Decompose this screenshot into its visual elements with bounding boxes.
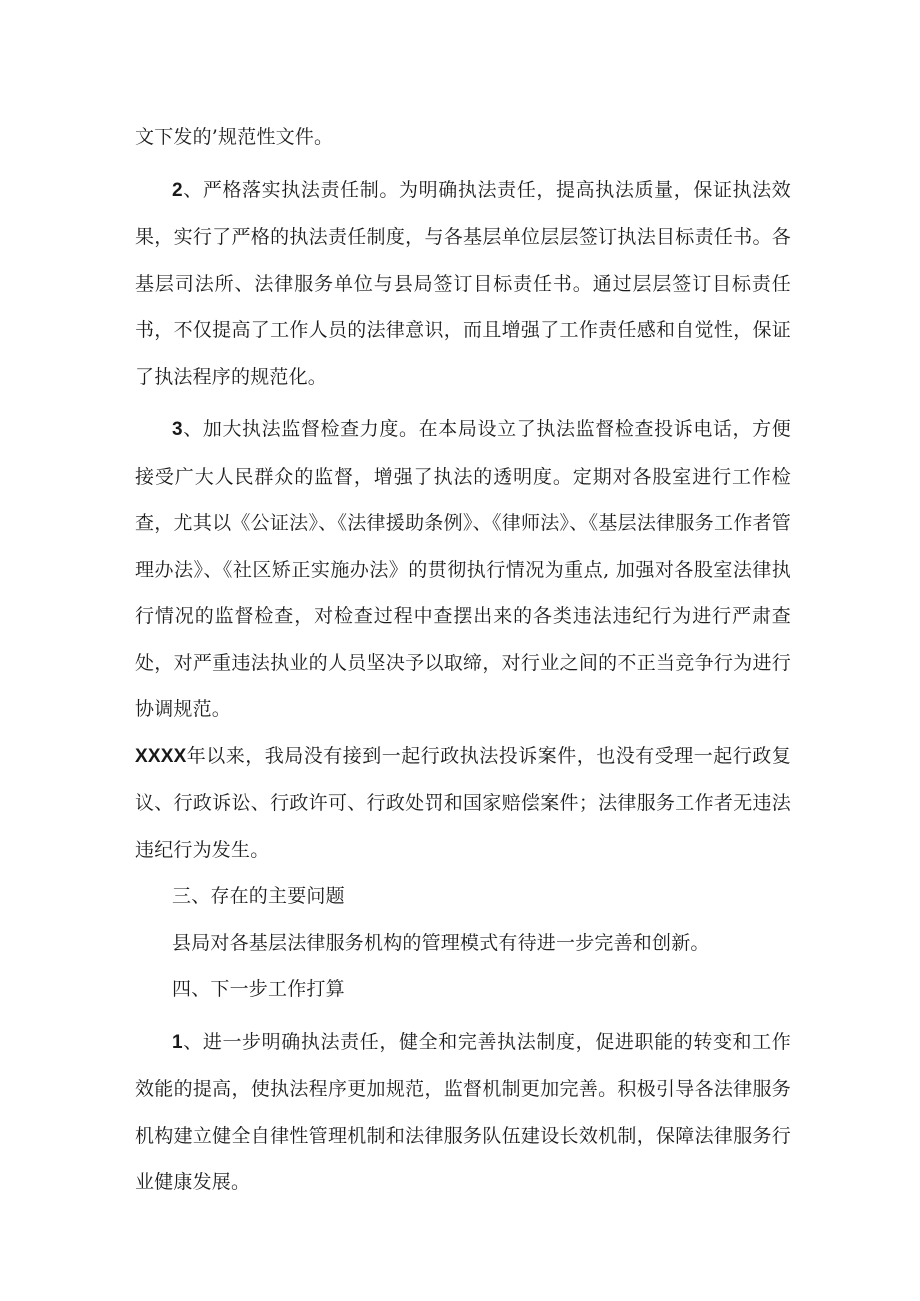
paragraph-continuation: 文下发的’规范性文件。: [135, 114, 791, 161]
section-heading-3: 三、存在的主要问题: [135, 873, 791, 920]
paragraph-item-2: 2、严格落实执法责任制。为明确执法责任，提高执法质量，保证执法效果，实行了严格的…: [135, 167, 791, 401]
item-number: 2: [172, 180, 183, 201]
year-placeholder: XXXX: [135, 746, 187, 767]
paragraph-text: 、严格落实执法责任制。为明确执法责任，提高执法质量，保证执法效果，实行了严格的执…: [135, 179, 791, 388]
item-number: 1: [172, 1032, 183, 1053]
paragraph-text: 县局对各基层法律服务机构的管理模式有待进一步完善和创新。: [172, 932, 710, 954]
document-page: 文下发的’规范性文件。 2、严格落实执法责任制。为明确执法责任，提高执法质量，保…: [135, 114, 791, 1206]
paragraph-text: 文下发的’规范性文件。: [135, 126, 333, 148]
paragraph-plan-1: 1、进一步明确执法责任，健全和完善执法制度，促进职能的转变和工作效能的提高，使执…: [135, 1019, 791, 1206]
paragraph-problem: 县局对各基层法律服务机构的管理模式有待进一步完善和创新。: [135, 920, 791, 967]
paragraph-summary: XXXX年以来，我局没有接到一起行政执法投诉案件，也没有受理一起行政复议、行政诉…: [135, 733, 791, 874]
heading-text: 三、存在的主要问题: [172, 885, 345, 907]
paragraph-text: 、加大执法监督检查力度。在本局设立了执法监督检查投诉电话，方便接受广大人民群众的…: [135, 418, 791, 720]
paragraph-text: 年以来，我局没有接到一起行政执法投诉案件，也没有受理一起行政复议、行政诉讼、行政…: [135, 745, 791, 861]
item-number: 3: [172, 419, 183, 440]
paragraph-text: 、进一步明确执法责任，健全和完善执法制度，促进职能的转变和工作效能的提高，使执法…: [135, 1031, 791, 1194]
section-heading-4: 四、下一步工作打算: [135, 966, 791, 1013]
heading-text: 四、下一步工作打算: [172, 978, 345, 1000]
paragraph-item-3: 3、加大执法监督检查力度。在本局设立了执法监督检查投诉电话，方便接受广大人民群众…: [135, 406, 791, 733]
